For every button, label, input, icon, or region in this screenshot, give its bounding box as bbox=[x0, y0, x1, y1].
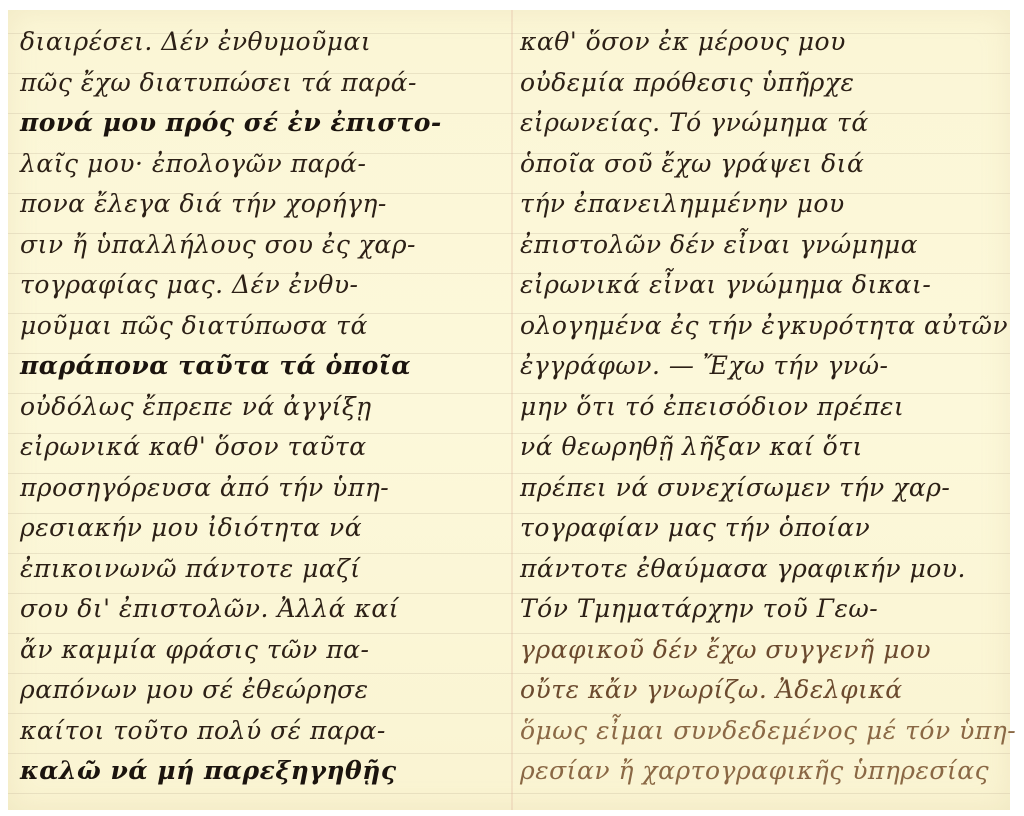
text-line: τήν ἐπανειλημμένην μου bbox=[520, 184, 990, 225]
text-line: μοῦμαι πῶς διατύπωσα τά bbox=[20, 306, 500, 347]
text-line: ἐγγράφων. — Ἔχω τήν γνώ- bbox=[520, 346, 990, 387]
text-line: καλῶ νά μή παρεξηγηθῇς bbox=[20, 751, 500, 792]
text-line: προσηγόρευσα ἀπό τήν ὑπη- bbox=[20, 468, 500, 509]
text-line: ραπόνων μου σέ ἐθεώρησε bbox=[20, 670, 500, 711]
text-line: σιν ἤ ὑπαλλήλους σου ἐς χαρ- bbox=[20, 225, 500, 266]
text-line: εἰρωνικά εἶναι γνώμημα δικαι- bbox=[520, 265, 990, 306]
text-line: τογραφίας μας. Δέν ἐνθυ- bbox=[20, 265, 500, 306]
text-line: οὐδεμία πρόθεσις ὑπῆρχε bbox=[520, 63, 990, 104]
text-line: εἰρωνείας. Τό γνώμημα τά bbox=[520, 103, 990, 144]
text-line: τογραφίαν μας τήν ὁποίαν bbox=[520, 508, 990, 549]
text-line: ἐπικοινωνῶ πάντοτε μαζί bbox=[20, 549, 500, 590]
text-line: ὅμως εἶμαι συνδεδεμένος μέ τόν ὑπη- bbox=[520, 711, 990, 752]
text-line: πῶς ἔχω διατυπώσει τά παρά- bbox=[20, 63, 500, 104]
text-line: νά θεωρηθῇ λῆξαν καί ὅτι bbox=[520, 427, 990, 468]
text-line: ὁποῖα σοῦ ἔχω γράψει διά bbox=[520, 144, 990, 185]
text-line: πρέπει νά συνεχίσωμεν τήν χαρ- bbox=[520, 468, 990, 509]
text-line: διαιρέσει. Δέν ἐνθυμοῦμαι bbox=[20, 22, 500, 63]
text-line: ρεσιακήν μου ἰδιότητα νά bbox=[20, 508, 500, 549]
text-line: ἄν καμμία φράσις τῶν πα- bbox=[20, 630, 500, 671]
text-line: σου δι' ἐπιστολῶν. Ἀλλά καί bbox=[20, 589, 500, 630]
text-line: πονά μου πρός σέ ἐν ἐπιστο- bbox=[20, 103, 500, 144]
text-line: οὔτε κἄν γνωρίζω. Ἀδελφικά bbox=[520, 670, 990, 711]
right-page-text: καθ' ὅσον ἐκ μέρους μου οὐδεμία πρόθεσις… bbox=[520, 22, 990, 792]
text-line: καίτοι τοῦτο πολύ σέ παρα- bbox=[20, 711, 500, 752]
text-line: πονα ἔλεγα διά τήν χορήγη- bbox=[20, 184, 500, 225]
text-line: ρεσίαν ἤ χαρτογραφικῆς ὑπηρεσίας bbox=[520, 751, 990, 792]
text-line: μην ὅτι τό ἐπεισόδιον πρέπει bbox=[520, 387, 990, 428]
text-line: εἰρωνικά καθ' ὅσον ταῦτα bbox=[20, 427, 500, 468]
text-line: ἐπιστολῶν δέν εἶναι γνώμημα bbox=[520, 225, 990, 266]
text-line: παράπονα ταῦτα τά ὁποῖα bbox=[20, 346, 500, 387]
text-line: πάντοτε ἐθαύμασα γραφικήν μου. bbox=[520, 549, 990, 590]
page-fold bbox=[511, 10, 513, 810]
text-line: καθ' ὅσον ἐκ μέρους μου bbox=[520, 22, 990, 63]
text-line: λαῖς μου· ἐπολογῶν παρά- bbox=[20, 144, 500, 185]
text-line: γραφικοῦ δέν ἔχω συγγενῆ μου bbox=[520, 630, 990, 671]
text-line: ολογημένα ἐς τήν ἐγκυρότητα αὐτῶν bbox=[520, 306, 990, 347]
text-line: οὐδόλως ἔπρεπε νά ἀγγίξῃ bbox=[20, 387, 500, 428]
left-page-text: διαιρέσει. Δέν ἐνθυμοῦμαι πῶς ἔχω διατυπ… bbox=[20, 22, 500, 792]
text-line: Τόν Τμηματάρχην τοῦ Γεω- bbox=[520, 589, 990, 630]
